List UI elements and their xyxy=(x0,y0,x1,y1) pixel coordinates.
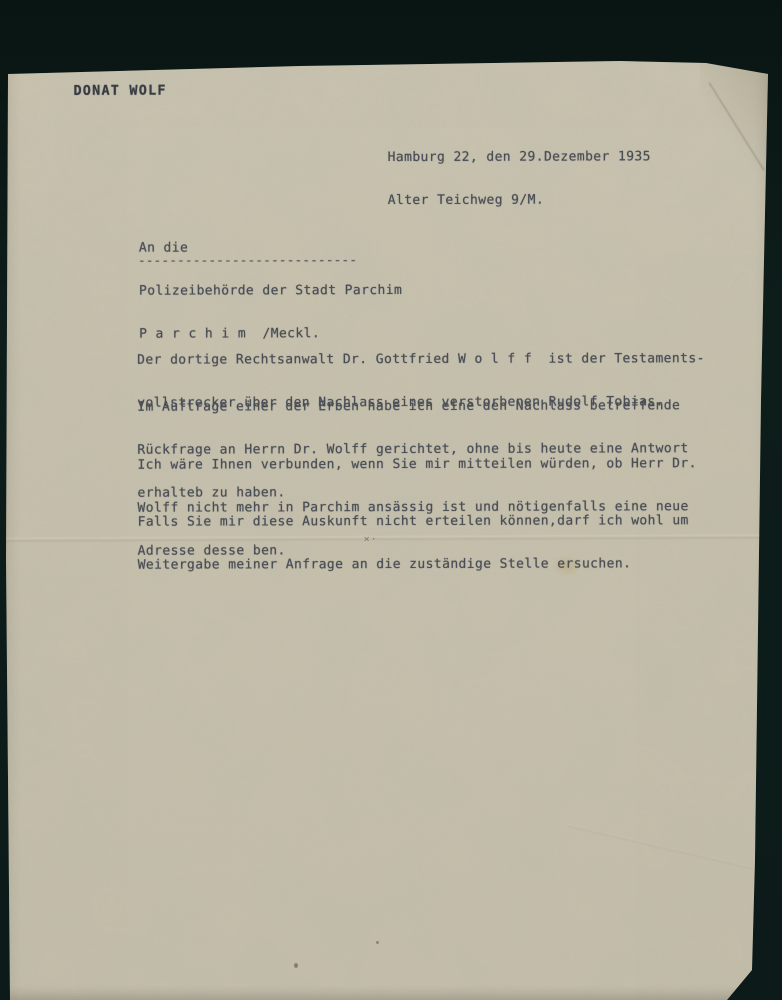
typewritten-text-layer: DONAT WOLF Hamburg 22, den 29.Dezember 1… xyxy=(0,0,782,1000)
paragraph-line: Im Auftrage einer der Erben habe ich ein… xyxy=(137,399,688,415)
body-paragraph-4: Falls Sie mir diese Auskunft nicht ertei… xyxy=(137,485,688,602)
recipient-authority: Polizeibehörde der Stadt Parchim xyxy=(139,284,402,299)
scan-background: { "colors": { "background": "#0c1b19", "… xyxy=(0,0,782,1000)
letterhead-sender-name: DONAT WOLF xyxy=(73,84,166,99)
letter-paper: DONAT WOLF Hamburg 22, den 29.Dezember 1… xyxy=(0,0,782,1000)
pencil-annotation-mark: ×· xyxy=(364,533,378,547)
recipient-underline-dashes: ---------------------------- xyxy=(138,255,357,268)
paper-speck xyxy=(756,886,760,890)
dateline-city-date: Hamburg 22, den 29.Dezember 1935 xyxy=(388,150,651,165)
paragraph-line: Falls Sie mir diese Auskunft nicht ertei… xyxy=(138,514,689,530)
dateline-block: Hamburg 22, den 29.Dezember 1935 Alter T… xyxy=(388,121,652,237)
paragraph-line: Der dortige Rechtsanwalt Dr. Gottfried W… xyxy=(137,352,705,368)
paragraph-line: Ich wäre Ihnen verbunden, wenn Sie mir m… xyxy=(137,457,696,473)
paragraph-line: Weitergabe meiner Anfrage an die zuständ… xyxy=(138,557,689,573)
dateline-street: Alter Teichweg 9/M. xyxy=(388,193,651,208)
